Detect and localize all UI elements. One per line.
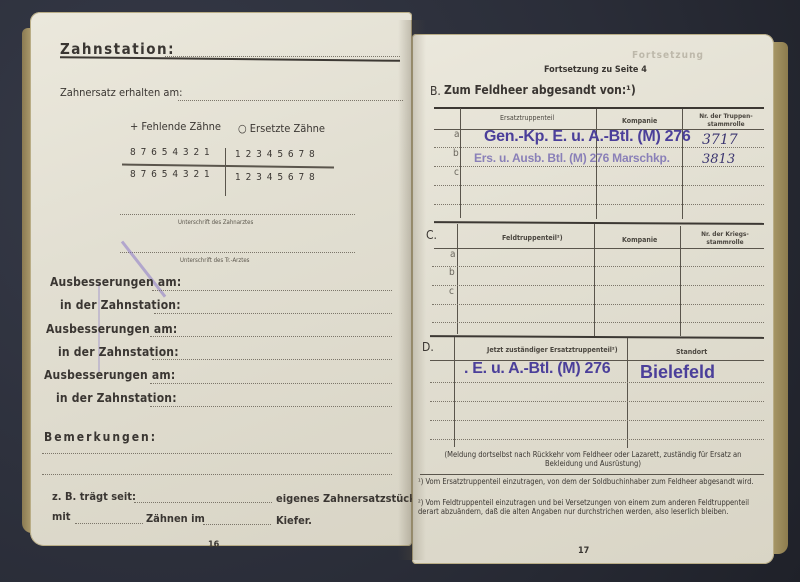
row-label-b-b: b	[453, 148, 459, 159]
repairs-station-label-2: in der Zahnstation:	[58, 345, 179, 359]
section-b-top-rule	[434, 107, 764, 109]
dentures-received-field[interactable]	[178, 100, 403, 101]
row-label-b-a: a	[454, 129, 460, 140]
repairs-date-field-3[interactable]	[150, 383, 392, 384]
repairs-date-field-1[interactable]	[152, 290, 392, 291]
repairs-date-label-3: Ausbesserungen am:	[44, 368, 175, 382]
title-rule	[60, 56, 400, 62]
tooth-row-lower-left: 8 7 6 5 4 3 2 1	[130, 169, 211, 180]
section-d-col-unit: Jetzt zuständiger Ersatztruppenteil²)	[487, 346, 618, 354]
page-title: Zahnstation:	[60, 40, 175, 58]
book-edge-right	[772, 42, 788, 554]
stamp-current-unit: . E. u. A.-Btl. (M) 276	[464, 360, 610, 378]
repairs-date-label-2: Ausbesserungen am:	[46, 322, 177, 336]
doctor-signature-field[interactable]	[120, 252, 355, 253]
section-b-col-line-3	[682, 109, 683, 219]
repairs-station-field-3[interactable]	[150, 406, 392, 407]
section-d-row-c[interactable]	[430, 420, 764, 421]
section-b-row-c[interactable]	[434, 185, 764, 186]
footnote-1: ¹) Vom Ersatztruppenteil einzutragen, vo…	[418, 477, 760, 486]
section-c-col-line-3	[680, 226, 681, 336]
page-number-right: 17	[578, 546, 589, 556]
repairs-station-label-1: in der Zahnstation:	[60, 298, 181, 312]
section-b-row-d[interactable]	[434, 204, 764, 205]
repairs-station-field-2[interactable]	[152, 359, 392, 360]
section-b-col-unit: Ersatztruppenteil	[500, 114, 554, 122]
row-label-c-b: b	[449, 267, 455, 278]
section-c-row-d[interactable]	[432, 322, 764, 323]
row-label-b-c: c	[454, 167, 459, 178]
dentist-signature-label: Unterschrift des Zahnarztes	[178, 219, 253, 226]
section-c-col-line-1	[457, 224, 458, 334]
section-c-row-b[interactable]	[432, 285, 764, 286]
own-denture-label: eigenes Zahnersatzstück	[276, 492, 416, 505]
doctor-signature-label: Unterschrift des Tr.-Arztes	[180, 257, 249, 264]
handwritten-roll-number-1: 3717	[702, 132, 738, 148]
remarks-label: Bemerkungen:	[44, 430, 157, 444]
remarks-field-1[interactable]	[42, 453, 392, 454]
section-c-col-roll: Nr. der Kriegs-stammrolle	[686, 230, 764, 246]
jaw-label: Kiefer.	[276, 514, 312, 527]
row-label-c-a: a	[450, 249, 456, 260]
tooth-chart-vertical	[225, 148, 226, 196]
tooth-row-upper-left: 8 7 6 5 4 3 2 1	[130, 147, 211, 158]
remarks-field-2[interactable]	[42, 474, 392, 475]
section-d-letter: D.	[422, 340, 434, 354]
section-c-col-unit: Feldtruppenteil²)	[502, 234, 563, 242]
legend-replaced-teeth: ○ Ersetzte Zähne	[238, 122, 325, 135]
stamp-unit-line-1: Gen.-Kp. E. u. A.-Btl. (M) 276	[484, 128, 690, 146]
teeth-in-label: Zähnen im	[146, 512, 205, 525]
repairs-station-label-3: in der Zahnstation:	[56, 391, 177, 405]
repairs-station-field-1[interactable]	[154, 313, 392, 314]
continuation-label: Fortsetzung zu Seite 4	[544, 65, 647, 75]
section-c-letter: C.	[426, 228, 437, 242]
dentist-signature-field[interactable]	[120, 214, 355, 215]
stamp-unit-line-2: Ers. u. Ausb. Btl. (M) 276 Marschkp.	[474, 151, 670, 165]
section-d-col-line-1	[454, 337, 455, 447]
row-label-c-c: c	[449, 286, 454, 297]
right-page: Fortsetzung Fortsetzung zu Seite 4 B. Zu…	[412, 34, 774, 564]
section-c-top-rule	[434, 221, 764, 225]
section-c-col-line-2	[594, 224, 595, 336]
section-d-row-b[interactable]	[430, 401, 764, 402]
jaw-field[interactable]	[203, 524, 271, 525]
stamp-location: Bielefeld	[640, 362, 715, 383]
dentures-received-label: Zahnersatz erhalten am:	[60, 86, 182, 99]
section-c-row-c[interactable]	[432, 304, 764, 305]
section-d-row-d[interactable]	[430, 439, 764, 440]
section-b-letter: B.	[430, 84, 441, 98]
section-c-header-rule	[434, 248, 764, 249]
wears-since-label: z. B. trägt seit:	[52, 490, 136, 503]
tooth-chart-horizontal	[122, 164, 334, 169]
section-d-col-line-2	[627, 338, 628, 448]
section-b-col-roll: Nr. der Truppen-stammrolle	[688, 112, 764, 128]
section-b-col-company: Kompanie	[622, 117, 657, 125]
wears-since-field[interactable]	[134, 502, 272, 503]
section-c-col-company: Kompanie	[622, 236, 657, 244]
section-c-row-a[interactable]	[432, 266, 764, 267]
with-label: mit	[52, 510, 70, 523]
footnote-2: ²) Vom Feldtruppenteil einzutragen und b…	[418, 498, 760, 516]
handwritten-roll-number-2: 3813	[702, 152, 735, 167]
tooth-row-lower-right: 1 2 3 4 5 6 7 8	[235, 172, 316, 183]
faint-bleed-text: Fortsetzung	[632, 50, 704, 61]
repairs-date-field-2[interactable]	[150, 336, 392, 337]
report-note: (Meldung dortselbst nach Rückkehr vom Fe…	[428, 450, 758, 468]
legend-missing-teeth: + Fehlende Zähne	[130, 120, 221, 133]
left-page: Zahnstation: Zahnersatz erhalten am: + F…	[30, 12, 412, 546]
section-b-title: Zum Feldheer abgesandt von:¹)	[444, 83, 636, 97]
section-d-top-rule	[430, 335, 764, 339]
section-b-col-line-1	[460, 108, 461, 218]
page-number-left: 16	[208, 540, 219, 550]
footnote-rule	[420, 474, 764, 475]
teeth-count-field[interactable]	[75, 523, 143, 524]
repairs-date-label-1: Ausbesserungen am:	[50, 275, 181, 289]
section-d-col-location: Standort	[676, 348, 707, 356]
tooth-row-upper-right: 1 2 3 4 5 6 7 8	[235, 149, 316, 160]
section-d-row-a[interactable]	[430, 382, 764, 383]
